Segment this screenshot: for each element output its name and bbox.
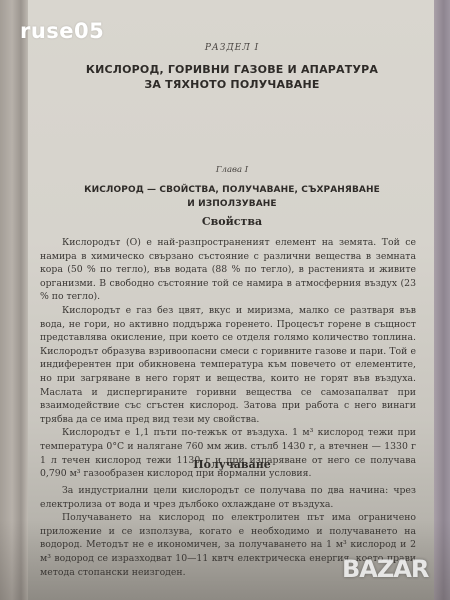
paragraph: Кислородът (О) е най-разпространеният ел… — [40, 236, 416, 304]
section-label: РАЗДЕЛ I — [28, 43, 436, 53]
section-title-line-1: КИСЛОРОД, ГОРИВНИ ГАЗОВЕ И АПАРАТУРА — [28, 62, 436, 77]
paragraph: Кислородът е газ без цвят, вкус и миризм… — [40, 304, 416, 426]
chapter-title-line-1: КИСЛОРОД — СВОЙСТВА, ПОЛУЧАВАНЕ, СЪХРАНЯ… — [28, 183, 436, 197]
section-title: КИСЛОРОД, ГОРИВНИ ГАЗОВЕ И АПАРАТУРА ЗА … — [28, 62, 436, 92]
page-stack-edge — [434, 0, 450, 600]
properties-body: Кислородът (О) е най-разпространеният ел… — [40, 236, 416, 481]
paragraph: За индустриални цели кислородът се получ… — [40, 484, 416, 511]
chapter-title-line-2: И ИЗПОЛЗУВАНЕ — [28, 197, 436, 211]
chapter-label: Глава I — [28, 165, 436, 175]
chapter-title: КИСЛОРОД — СВОЙСТВА, ПОЛУЧАВАНЕ, СЪХРАНЯ… — [28, 183, 436, 211]
heading-obtaining: Получаване — [28, 458, 436, 471]
heading-properties: Свойства — [28, 215, 436, 228]
section-title-line-2: ЗА ТЯХНОТО ПОЛУЧАВАНЕ — [28, 77, 436, 92]
watermark-bazar: BAZAR — [342, 555, 428, 583]
book-spine-edge — [0, 0, 30, 600]
paragraph: Кислородът е 1,1 пъти по-тежък от въздух… — [40, 426, 416, 480]
watermark-ruse05: ruse05 — [20, 19, 104, 43]
